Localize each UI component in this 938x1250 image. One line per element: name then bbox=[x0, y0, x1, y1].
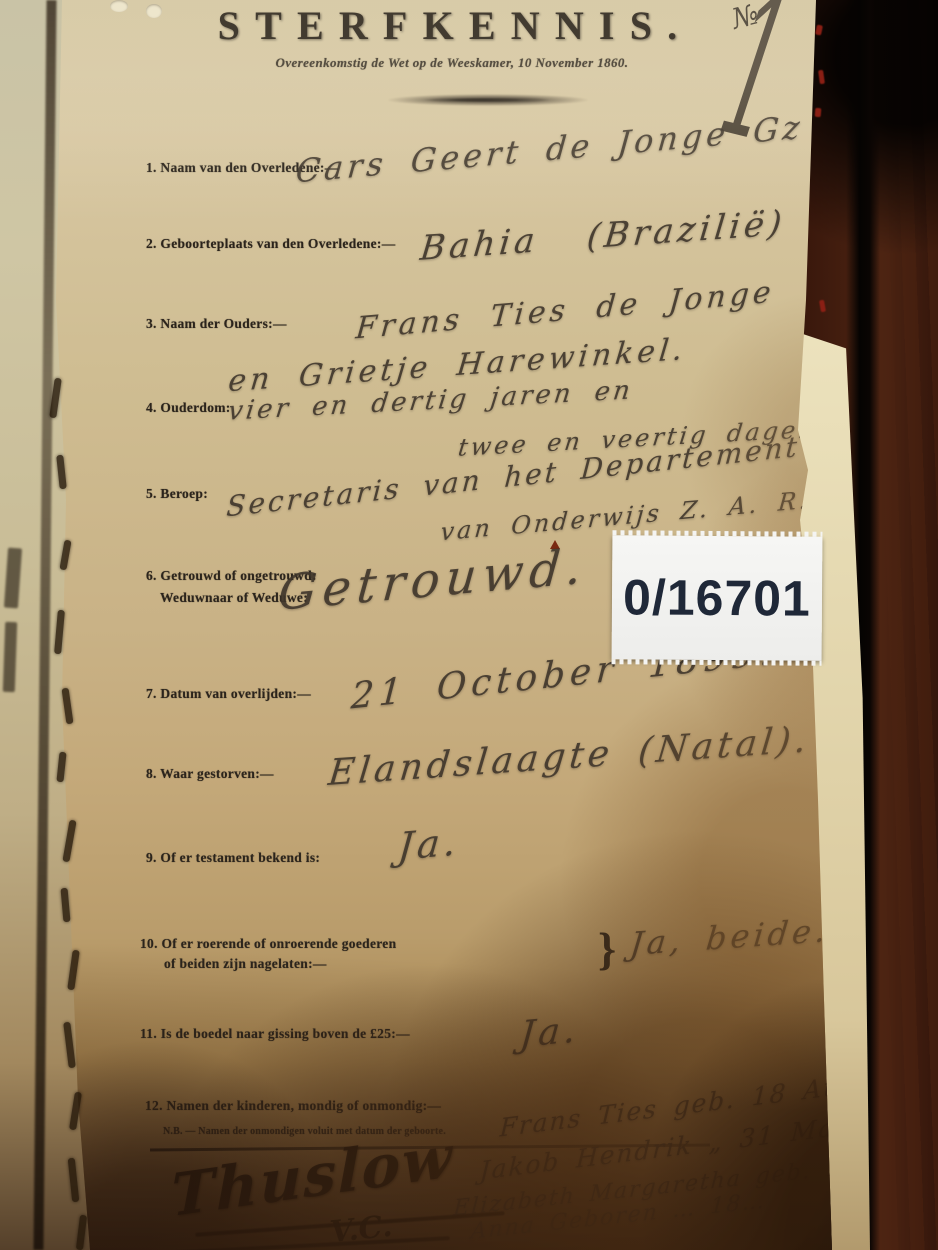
field-2-label: 2. Geboorteplaats van den Overledene:— bbox=[146, 236, 396, 252]
document-subtitle: Overeenkomstig de Wet op de Weeskamer, 1… bbox=[276, 55, 629, 71]
signature-subtext: V.C. bbox=[328, 1209, 394, 1250]
punch-hole bbox=[110, 0, 128, 12]
field-3-label: 3. Naam der Ouders:— bbox=[146, 316, 287, 332]
signature-flourish-line bbox=[150, 1236, 450, 1250]
field-6-answer: Getrouwd. bbox=[276, 538, 590, 622]
official-signature: Thuslow bbox=[171, 1122, 453, 1230]
field-12-label: 12. Namen der kinderen, mondig of onmond… bbox=[145, 1098, 441, 1114]
ink-smudge bbox=[3, 622, 17, 692]
ornament-divider bbox=[388, 94, 588, 106]
field-9-label: 9. Of er testament bekend is: bbox=[146, 850, 320, 866]
field-10-brace: } bbox=[598, 922, 616, 975]
field-5-label: 5. Beroep: bbox=[146, 486, 208, 502]
field-10-label-line1: 10. Of er roerende of onroerende goedere… bbox=[140, 936, 396, 952]
field-11-answer: Ja. bbox=[518, 1009, 581, 1056]
field-8-answer: Elandslaagte (Natal). bbox=[326, 719, 812, 794]
archive-label-sticker: 0/16701 bbox=[612, 535, 823, 660]
archive-number: 0/16701 bbox=[623, 568, 811, 627]
document-photo: STERFKENNIS. № 1 Overeenkomstig de Wet o… bbox=[0, 0, 938, 1250]
field-2-answer: Bahia (Brazilië) bbox=[418, 203, 787, 269]
field-4-label: 4. Ouderdom: bbox=[146, 400, 231, 416]
punch-hole bbox=[146, 4, 162, 18]
field-3-answer-line1: Frans Ties de Jonge bbox=[354, 274, 776, 346]
field-7-label: 7. Datum van overlijden:— bbox=[146, 686, 311, 702]
field-11-label: 11. Is de boedel naar gissing boven de £… bbox=[140, 1026, 410, 1042]
field-9-answer: Ja. bbox=[396, 819, 462, 869]
field-8-label: 8. Waar gestorven:— bbox=[146, 766, 274, 782]
field-10-answer: Ja, beide. bbox=[628, 911, 831, 963]
red-ribbon-speck bbox=[815, 108, 822, 117]
document-title: STERFKENNIS. bbox=[218, 2, 693, 49]
field-10-label-line2: of beiden zijn nagelaten:— bbox=[164, 956, 327, 972]
